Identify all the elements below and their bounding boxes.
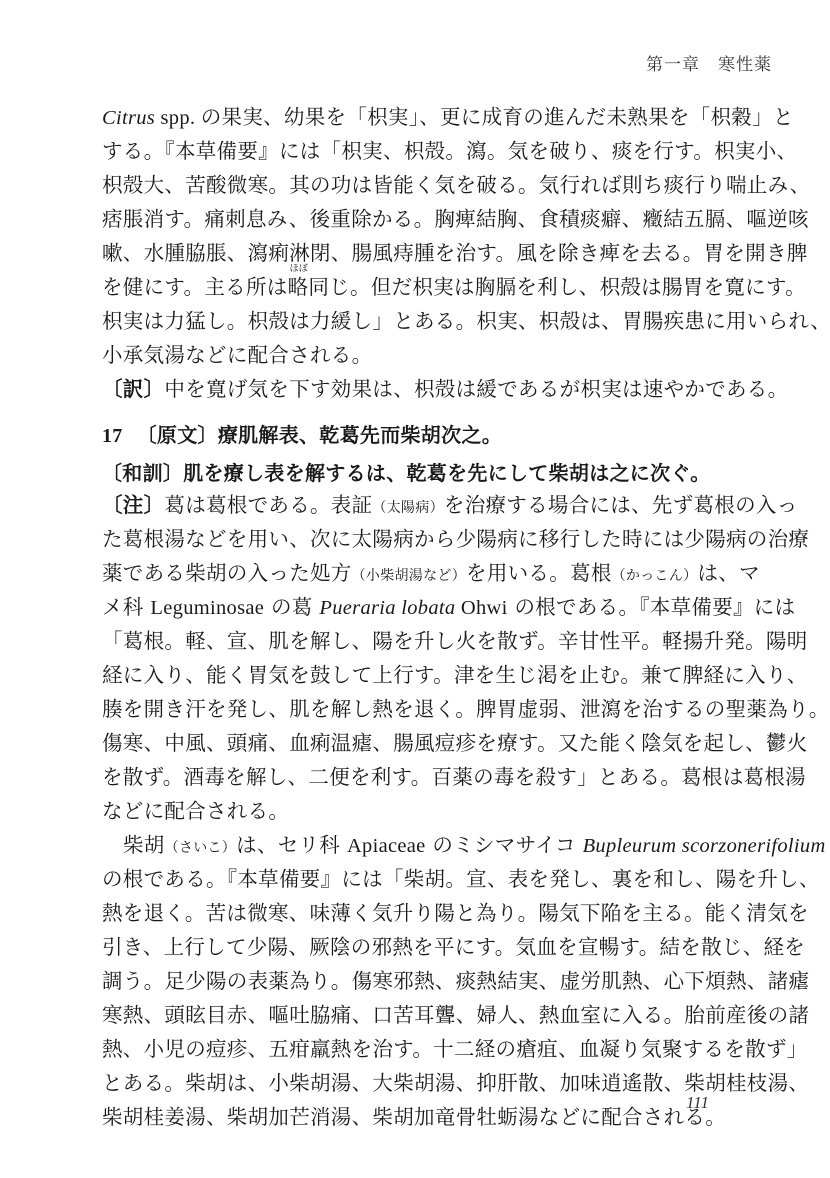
text-line: の根である。『本草備要』には「柴胡。宣、表を発し、裏を和し、陽を升し、 (102, 862, 738, 896)
text-line: する。『本草備要』には「枳実、枳殻。瀉。気を破り、痰を行す。枳実小、 (102, 134, 738, 168)
furigana: ほぼ (290, 264, 309, 274)
text-run: は、マ (697, 561, 759, 585)
text-run: する。『本草備要』には「枳実、枳殻。瀉。気を破り、痰を行す。枳実小、 (102, 139, 797, 163)
entry-number: 17 (102, 425, 123, 447)
text-run: の葛 (264, 595, 319, 619)
text-run: 寒熱、頭眩目赤、嘔吐脇痛、口苦耳聾、婦人、熱血室に入る。胎前産後の諸 (102, 1003, 809, 1027)
text-line: 引き、上行して少陽、厥陰の邪熱を平にす。気血を宣暢す。結を散じ、経を (102, 930, 738, 964)
text-run: （小柴胡湯など） (352, 568, 466, 584)
text-line: Citrus spp. の果実、幼果を「枳実」、更に成育の進んだ未熟果を「枳穀」… (102, 100, 738, 134)
text-line: メ科 Leguminosae の葛 Pueraria lobata Ohwi の… (102, 590, 738, 624)
text-line: 熱、小児の痘疹、五疳羸熱を治す。十二経の瘡疽、血凝り気聚するを散ず」 (102, 1032, 738, 1066)
text-line: 柴胡桂姜湯、柴胡加芒消湯、柴胡加竜骨牡蛎湯などに配合される。 (102, 1100, 738, 1134)
text-line: 柴胡（さいこ）は、セリ科 Apiaceae のミシマサイコ Bupleurum … (102, 828, 738, 862)
text-run: とある。柴胡は、小柴胡湯、大柴胡湯、抑肝散、加味逍遙散、柴胡桂枝湯、 (102, 1071, 809, 1095)
text-run: の根である。『本草備要』には (508, 595, 796, 619)
text-run: た葛根湯などを用い、次に太陽病から少陽病に移行した時には少陽病の治療 (102, 527, 809, 551)
text-line: 枳殻大、苦酸微寒。其の功は皆能く気を破る。気行れば則ち痰行り喘止み、 (102, 168, 738, 202)
text-run: 痞脹消す。痛刺息み、後重除かる。胸痺結胸、食積痰癖、癥結五膈、嘔逆咳 (102, 207, 809, 231)
text-run: 薬である柴胡の入った処方 (102, 561, 352, 585)
text-line: 小承気湯などに配合される。 (102, 338, 738, 372)
text-run: Pueraria lobata (319, 597, 455, 619)
text-run: を散ず。酒毒を解し、二便を利す。百薬の毒を殺す」とある。葛根は葛根湯 (102, 765, 806, 789)
text-run: 嗽、水腫脇脹、瀉痢淋閉、腸風痔腫を治す。風を除き痺を去る。胃を開き脾 (102, 241, 808, 265)
text-run: 柴胡 (123, 833, 165, 857)
text-run: 柴胡桂姜湯、柴胡加芒消湯、柴胡加竜骨牡蛎湯などに配合される。 (102, 1105, 726, 1129)
text-run: 引き、上行して少陽、厥陰の邪熱を平にす。気血を宣暢す。結を散じ、経を (102, 935, 805, 959)
original-text: 療肌解表、乾葛先而柴胡次之。 (218, 423, 502, 447)
text-run: 同じ。但だ枳実は胸膈を利し、枳殻は腸胃を寛にす。 (308, 275, 806, 299)
text-line: 熱を退く。苦は微寒、味薄く気升り陽と為り。陽気下陥を主る。能く清気を (102, 896, 738, 930)
text-line: 経に入り、能く胃気を鼓して上行す。津を生じ渇を止む。兼て脾経に入り、 (102, 658, 738, 692)
text-run: を用いる。葛根 (466, 561, 612, 585)
text-run: 葛は葛根である。表証 (164, 493, 372, 517)
text-line: 〔注〕葛は葛根である。表証（太陽病）を治療する場合には、先ず葛根の入っ (102, 488, 738, 522)
entry-reading-line: 〔和訓〕肌を療し表を解するは、乾葛を先にして柴胡は之に次ぐ。 (102, 456, 738, 490)
ruby-text: 略ほぼ (288, 275, 309, 299)
text-run: Leguminosae (150, 597, 264, 619)
text-run: Apiaceae (347, 835, 426, 857)
text-run: を治療する場合には、先ず葛根の入っ (444, 493, 798, 517)
original-label: 〔原文〕 (137, 423, 218, 447)
text-run: 熱を退く。苦は微寒、味薄く気升り陽と為り。陽気下陥を主る。能く清気を (102, 901, 809, 925)
text-run: spp. (155, 107, 201, 129)
text-run: 調う。足少陽の表薬為り。傷寒邪熱、痰熱結実、虚労肌熱、心下煩熱、諸瘧 (102, 969, 809, 993)
text-line: とある。柴胡は、小柴胡湯、大柴胡湯、抑肝散、加味逍遙散、柴胡桂枝湯、 (102, 1066, 738, 1100)
text-run: 中を寛げ気を下す効果は、枳殻は緩であるが枳実は速やかである。 (164, 377, 788, 401)
text-run: （太陽病） (372, 500, 444, 516)
text-run: 〔注〕 (102, 493, 164, 517)
running-head: 第一章 寒性薬 (646, 50, 772, 75)
text-run: Ohwi (455, 597, 507, 619)
text-run: 経に入り、能く胃気を鼓して上行す。津を生じ渇を止む。兼て脾経に入り、 (102, 663, 808, 687)
reading-text: 肌を療し表を解するは、乾葛を先にして柴胡は之に次ぐ。 (183, 461, 710, 485)
text-line: 調う。足少陽の表薬為り。傷寒邪熱、痰熱結実、虚労肌熱、心下煩熱、諸瘧 (102, 964, 738, 998)
text-run: Citrus (102, 107, 155, 129)
entry-original-line: 17〔原文〕療肌解表、乾葛先而柴胡次之。 (102, 418, 738, 452)
body-section-1: Citrus spp. の果実、幼果を「枳実」、更に成育の進んだ未熟果を「枳穀」… (102, 100, 738, 406)
text-run: 「葛根。軽、宣、肌を解し、陽を升し火を散ず。辛甘性平。軽揚升発。陽明 (102, 629, 808, 653)
entry-17: 17〔原文〕療肌解表、乾葛先而柴胡次之。 〔和訓〕肌を療し表を解するは、乾葛を先… (102, 418, 738, 490)
text-line: 〔訳〕中を寛げ気を下す効果は、枳殻は緩であるが枳実は速やかである。 (102, 372, 738, 406)
text-line: を健にす。主る所は略ほぼ同じ。但だ枳実は胸膈を利し、枳殻は腸胃を寛にす。 (102, 270, 738, 304)
text-run: 枳実は力猛し。枳殻は力緩し」とある。枳実、枳殻は、胃腸疾患に用いられ、 (102, 309, 830, 333)
text-line: 寒熱、頭眩目赤、嘔吐脇痛、口苦耳聾、婦人、熱血室に入る。胎前産後の諸 (102, 998, 738, 1032)
text-run: の果実、幼果を「枳実」、更に成育の進んだ未熟果を「枳穀」と (201, 105, 794, 129)
text-line: 「葛根。軽、宣、肌を解し、陽を升し火を散ず。辛甘性平。軽揚升発。陽明 (102, 624, 738, 658)
text-run: 小承気湯などに配合される。 (102, 343, 372, 367)
text-run: （さいこ） (165, 840, 237, 856)
text-run: （かっこん） (612, 568, 698, 584)
text-line: 傷寒、中風、頭痛、血痢温瘧、腸風痘疹を療す。又た能く陰気を起し、鬱火 (102, 726, 738, 760)
text-run: の根である。『本草備要』には「柴胡。宣、表を発し、裏を和し、陽を升し、 (102, 867, 820, 891)
page-number: 111 (686, 1093, 709, 1113)
text-run: を健にす。主る所は (102, 275, 288, 299)
text-line: 痞脹消す。痛刺息み、後重除かる。胸痺結胸、食積痰癖、癥結五膈、嘔逆咳 (102, 202, 738, 236)
text-run: メ科 (102, 595, 150, 619)
text-run: のミシマサイコ (426, 833, 583, 857)
reading-label: 〔和訓〕 (102, 461, 183, 485)
text-run: 傷寒、中風、頭痛、血痢温瘧、腸風痘疹を療す。又た能く陰気を起し、鬱火 (102, 731, 808, 755)
text-line: 腠を開き汗を発し、肌を解し熱を退く。脾胃虚弱、泄瀉を治するの聖薬為り。 (102, 692, 738, 726)
text-run: は、セリ科 (236, 833, 347, 857)
text-run: などに配合される。 (102, 799, 289, 823)
text-run: 熱、小児の痘疹、五疳羸熱を治す。十二経の瘡疽、血凝り気聚するを散ず」 (102, 1037, 808, 1061)
text-line: を散ず。酒毒を解し、二便を利す。百薬の毒を殺す」とある。葛根は葛根湯 (102, 760, 738, 794)
text-run: 枳殻大、苦酸微寒。其の功は皆能く気を破る。気行れば則ち痰行り喘止み、 (102, 173, 810, 197)
text-line: 嗽、水腫脇脹、瀉痢淋閉、腸風痔腫を治す。風を除き痺を去る。胃を開き脾 (102, 236, 738, 270)
text-line: 枳実は力猛し。枳殻は力緩し」とある。枳実、枳殻は、胃腸疾患に用いられ、 (102, 304, 738, 338)
text-line: などに配合される。 (102, 794, 738, 828)
text-run: Bupleurum scorzonerifolium (583, 835, 826, 857)
body-section-2: 〔注〕葛は葛根である。表証（太陽病）を治療する場合には、先ず葛根の入った葛根湯な… (102, 488, 738, 1134)
text-line: た葛根湯などを用い、次に太陽病から少陽病に移行した時には少陽病の治療 (102, 522, 738, 556)
text-run: 腠を開き汗を発し、肌を解し熱を退く。脾胃虚弱、泄瀉を治するの聖薬為り。 (102, 697, 830, 721)
text-run: 〔訳〕 (102, 377, 164, 401)
text-line: 薬である柴胡の入った処方（小柴胡湯など）を用いる。葛根（かっこん）は、マ (102, 556, 738, 590)
